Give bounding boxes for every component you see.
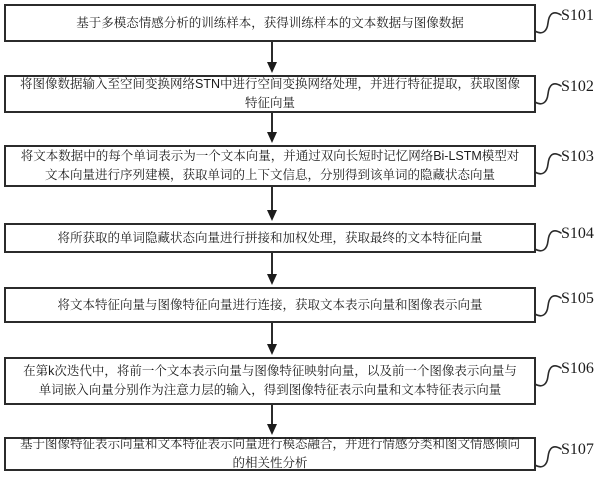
lead-line-squiggle-s104 <box>534 224 562 252</box>
step-box-s102: 将图像数据输入至空间变换网络STN中进行空间变换网络处理，并进行特征提取，获取图… <box>4 75 536 113</box>
step-text-s105: 将文本特征向量与图像特征向量进行连接，获取文本表示向量和图像表示向量 <box>57 296 482 315</box>
step-box-s104: 将所获取的单词隐藏状态向量进行拼接和加权处理，获取最终的文本特征向量 <box>4 223 536 253</box>
arrow-head-icon <box>267 424 277 435</box>
flow-arrow-3 <box>266 187 278 221</box>
lead-line-squiggle-s102 <box>534 77 562 105</box>
lead-line-squiggle-s107 <box>534 440 562 468</box>
arrow-shaft <box>271 323 273 346</box>
lead-line-squiggle-s103 <box>534 147 562 175</box>
step-text-s107: 基于图像特征表示向量和文本特征表示向量进行模态融合，并进行情感分类和图文情感倾向… <box>18 435 522 473</box>
step-box-s105: 将文本特征向量与图像特征向量进行连接，获取文本表示向量和图像表示向量 <box>4 287 536 323</box>
step-text-s102: 将图像数据输入至空间变换网络STN中进行空间变换网络处理，并进行特征提取，获取图… <box>18 75 522 113</box>
flow-arrow-1 <box>266 42 278 73</box>
arrow-shaft <box>271 187 273 212</box>
flowchart-figure: 基于多模态情感分析的训练样本，获得训练样本的文本数据与图像数据 S101 将图像… <box>0 0 602 480</box>
step-label-s101: S101 <box>561 6 601 26</box>
step-text-s106: 在第k次迭代中，将前一个文本表示向量与图像特征映射向量，以及前一个图像表示向量与… <box>18 362 522 400</box>
step-box-s103: 将文本数据中的每个单词表示为一个文本向量，并通过双向长短时记忆网络Bi-LSTM… <box>4 145 536 187</box>
lead-line-squiggle-s101 <box>534 6 562 34</box>
step-text-s101: 基于多模态情感分析的训练样本，获得训练样本的文本数据与图像数据 <box>76 14 464 33</box>
step-text-s103: 将文本数据中的每个单词表示为一个文本向量，并通过双向长短时记忆网络Bi-LSTM… <box>18 147 522 185</box>
flow-arrow-6 <box>266 405 278 435</box>
step-label-s106: S106 <box>561 359 601 379</box>
arrow-shaft <box>271 405 273 426</box>
arrow-shaft <box>271 42 273 64</box>
arrow-shaft <box>271 253 273 276</box>
flow-arrow-5 <box>266 323 278 355</box>
step-label-s103: S103 <box>561 147 601 167</box>
arrow-head-icon <box>267 62 277 73</box>
lead-line-squiggle-s106 <box>534 359 562 387</box>
arrow-head-icon <box>267 344 277 355</box>
step-box-s101: 基于多模态情感分析的训练样本，获得训练样本的文本数据与图像数据 <box>4 4 536 42</box>
arrow-head-icon <box>267 132 277 143</box>
step-label-s102: S102 <box>561 77 601 97</box>
step-label-s104: S104 <box>561 224 601 244</box>
lead-line-squiggle-s105 <box>534 289 562 317</box>
step-label-s107: S107 <box>561 440 601 460</box>
arrow-shaft <box>271 113 273 134</box>
flow-arrow-2 <box>266 113 278 143</box>
flow-arrow-4 <box>266 253 278 285</box>
step-label-s105: S105 <box>561 289 601 309</box>
arrow-head-icon <box>267 210 277 221</box>
step-box-s107: 基于图像特征表示向量和文本特征表示向量进行模态融合，并进行情感分类和图文情感倾向… <box>4 437 536 471</box>
step-box-s106: 在第k次迭代中，将前一个文本表示向量与图像特征映射向量，以及前一个图像表示向量与… <box>4 357 536 405</box>
step-text-s104: 将所获取的单词隐藏状态向量进行拼接和加权处理，获取最终的文本特征向量 <box>57 229 482 248</box>
arrow-head-icon <box>267 274 277 285</box>
